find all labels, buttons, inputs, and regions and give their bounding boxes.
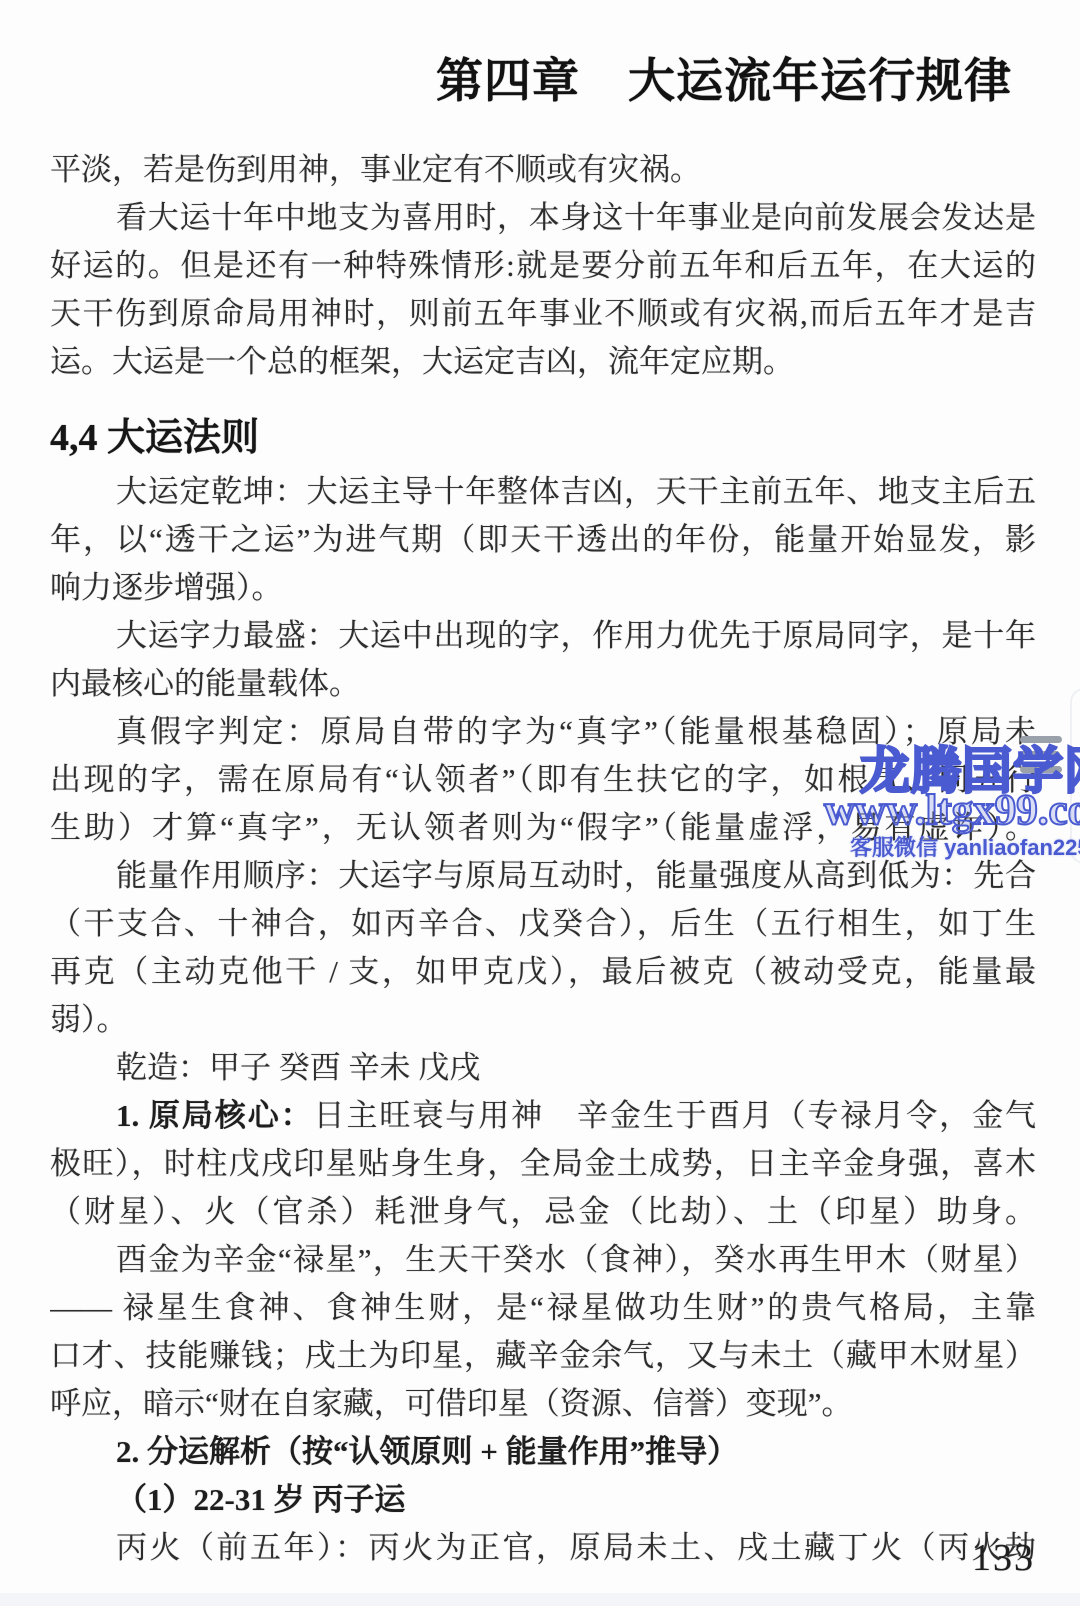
book-page: 第四章 大运流年运行规律 平淡，若是伤到用神，事业定有不顺或有灾祸。看大运十年中…	[0, 0, 1080, 1606]
text-line: 好运的。但是还有一种特殊情形:就是要分前五年和后五年，在大运的	[50, 242, 1036, 290]
text-line: 年，以“透干之运”为进气期（即天干透出的年份，能量开始显发，影	[50, 516, 1036, 564]
text-line: 看大运十年中地支为喜用时，本身这十年事业是向前发展会发达是	[50, 194, 1036, 242]
text-line: 天干伤到原命局用神时，则前五年事业不顺或有灾祸,而后五年才是吉	[50, 290, 1036, 338]
watermark-contact: 客服微信 yanliaofan225	[850, 831, 1080, 862]
text-line: 呼应，暗示“财在自家藏，可借印星（资源、信誉）变现”。	[50, 1380, 1036, 1428]
text-line: 大运定乾坤：大运主导十年整体吉凶，天干主前五年、地支主后五	[50, 468, 1036, 516]
text-line: 大运字力最盛：大运中出现的字，作用力优先于原局同字，是十年	[50, 612, 1036, 660]
text-line: （干支合、十神合，如丙辛合、戊癸合），后生（五行相生，如丁生戊)，	[50, 900, 1036, 948]
section-heading: 4,4 大运法则	[50, 412, 1036, 464]
text-line: 响力逐步增强）。	[50, 564, 1036, 612]
text-line: 丙火（前五年）：丙火为正官，原局未土、戌土藏丁火（丙火劫财），	[50, 1524, 1036, 1572]
text-line: 2. 分运解析（按“认领原则 + 能量作用”推导）	[50, 1428, 1036, 1476]
watermark-site-url: www.ltgx99.com	[824, 786, 1080, 835]
page-number: 133	[972, 1536, 1035, 1580]
text-line: 内最核心的能量载体。	[50, 660, 1036, 708]
text-line: 口才、技能赚钱；戌土为印星，藏辛金余气，又与未土（藏甲木财星）	[50, 1332, 1036, 1380]
bottom-strip	[0, 1593, 1080, 1606]
text-line: 酉金为辛金“禄星”，生天干癸水（食神），癸水再生甲木（财星）	[50, 1236, 1036, 1284]
text-line: 平淡，若是伤到用神，事业定有不顺或有灾祸。	[50, 146, 1036, 194]
chapter-title: 第四章 大运流年运行规律	[436, 44, 1012, 111]
text-line: （财星）、火（官杀）耗泄身气，忌金（比劫）、土（印星）助身。	[50, 1188, 1036, 1236]
text-line: 乾造：甲子 癸酉 辛未 戊戌	[50, 1044, 1036, 1092]
text-line: 再克（主动克他干 / 支，如甲克戊），最后被克（被动受克，能量最	[50, 948, 1036, 996]
text-line: 运。大运是一个总的框架，大运定吉凶，流年定应期。	[50, 338, 1036, 386]
text-line: —— 禄星生食神、食神生财，是“禄星做功生财”的贵气格局，主靠	[50, 1284, 1036, 1332]
text-line: 弱）。	[50, 996, 1036, 1044]
text-line: 极旺），时柱戊戌印星贴身生身，全局金土成势，日主辛金身强，喜木	[50, 1140, 1036, 1188]
text-line: （1）22-31 岁 丙子运	[50, 1476, 1036, 1524]
text-line: 1. 原局核心：日主旺衰与用神 辛金生于酉月（专禄月令，金气	[50, 1092, 1036, 1140]
